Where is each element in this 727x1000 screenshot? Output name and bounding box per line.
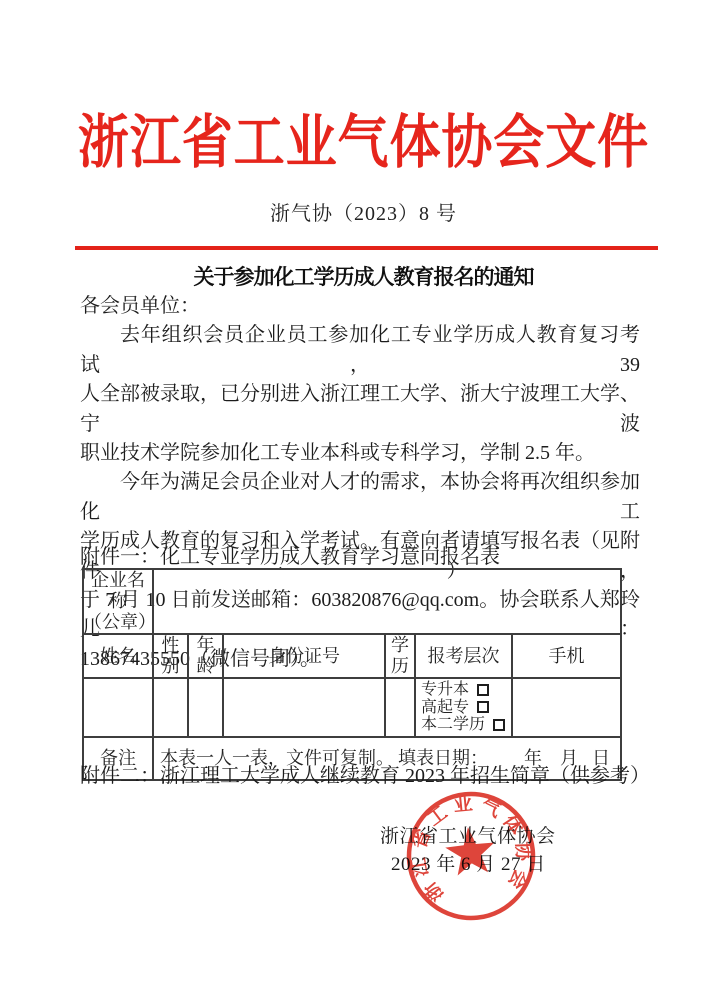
table-row-entry: 专升本 高起专 本二学历 bbox=[83, 678, 621, 737]
company-name-label-line2: （公章） bbox=[84, 612, 152, 633]
entry-gender-cell bbox=[153, 678, 188, 737]
level-option: 高起专 bbox=[421, 699, 509, 717]
level-option-label: 专升本 bbox=[421, 681, 469, 699]
entry-level-options-cell: 专升本 高起专 本二学历 bbox=[415, 678, 512, 737]
level-option: 本二学历 bbox=[421, 716, 509, 734]
attachment-one-caption: 附件一：化工专业学历成人教育学习意向报名表 bbox=[80, 540, 500, 569]
attachment-two-caption: 附件二：浙江理工大学成人继续教育 2023 年招生简章（供参考） bbox=[80, 759, 650, 788]
header-gender-line1: 性 bbox=[154, 635, 187, 656]
header-id-number: 身份证号 bbox=[223, 634, 385, 678]
document-page: 浙江省工业气体协会文件 浙气协（2023）8 号 关于参加化工学历成人教育报名的… bbox=[0, 0, 727, 1000]
red-divider-line bbox=[75, 246, 658, 250]
header-age-line1: 年 bbox=[189, 635, 222, 656]
checkbox-icon bbox=[477, 701, 489, 713]
level-option: 专升本 bbox=[421, 681, 509, 699]
header-phone: 手机 bbox=[512, 634, 621, 678]
header-age-line2: 龄 bbox=[189, 656, 222, 677]
table-row-headers: 姓名 性 别 年 龄 身份证号 学 历 报考层次 手机 bbox=[83, 634, 621, 678]
notice-title: 关于参加化工学历成人教育报名的通知 bbox=[0, 261, 727, 291]
company-name-field bbox=[153, 569, 621, 634]
entry-age-cell bbox=[188, 678, 223, 737]
entry-id-cell bbox=[223, 678, 385, 737]
entry-phone-cell bbox=[512, 678, 621, 737]
official-red-seal: 浙江省工业气体协会 bbox=[378, 763, 565, 950]
header-education-line2: 历 bbox=[386, 656, 414, 677]
table-row-company: 企业名称 （公章） bbox=[83, 569, 621, 634]
letterhead-title: 浙江省工业气体协会文件 bbox=[44, 110, 684, 176]
header-education: 学 历 bbox=[385, 634, 415, 678]
level-option-label: 高起专 bbox=[421, 699, 469, 717]
header-apply-level: 报考层次 bbox=[415, 634, 512, 678]
company-name-label: 企业名称 （公章） bbox=[83, 569, 153, 634]
header-age: 年 龄 bbox=[188, 634, 223, 678]
header-gender-line2: 别 bbox=[154, 656, 187, 677]
body-line: 去年组织会员企业员工参加化工专业学历成人教育复习考试，39 bbox=[80, 321, 640, 380]
body-line: 人全部被录取，已分别进入浙江理工大学、浙大宁波理工大学、宁波 bbox=[80, 380, 640, 439]
entry-education-cell bbox=[385, 678, 415, 737]
red-star-icon bbox=[443, 825, 497, 877]
level-option-label: 本二学历 bbox=[421, 716, 485, 734]
company-name-label-line1: 企业名称 bbox=[84, 570, 152, 612]
body-line: 今年为满足会员企业对人才的需求，本协会将再次组织参加化工 bbox=[80, 468, 640, 527]
document-number: 浙气协（2023）8 号 bbox=[0, 197, 727, 226]
header-gender: 性 别 bbox=[153, 634, 188, 678]
header-education-line1: 学 bbox=[386, 635, 414, 656]
body-line: 职业技术学院参加化工专业本科或专科学习，学制 2.5 年。 bbox=[80, 439, 640, 468]
salutation: 各会员单位： bbox=[80, 292, 640, 321]
checkbox-icon bbox=[477, 684, 489, 696]
registration-form-table: 企业名称 （公章） 姓名 性 别 年 龄 身份证号 学 历 报考层次 手机 bbox=[82, 568, 622, 781]
checkbox-icon bbox=[493, 719, 505, 731]
entry-name-cell bbox=[83, 678, 153, 737]
header-name: 姓名 bbox=[83, 634, 153, 678]
